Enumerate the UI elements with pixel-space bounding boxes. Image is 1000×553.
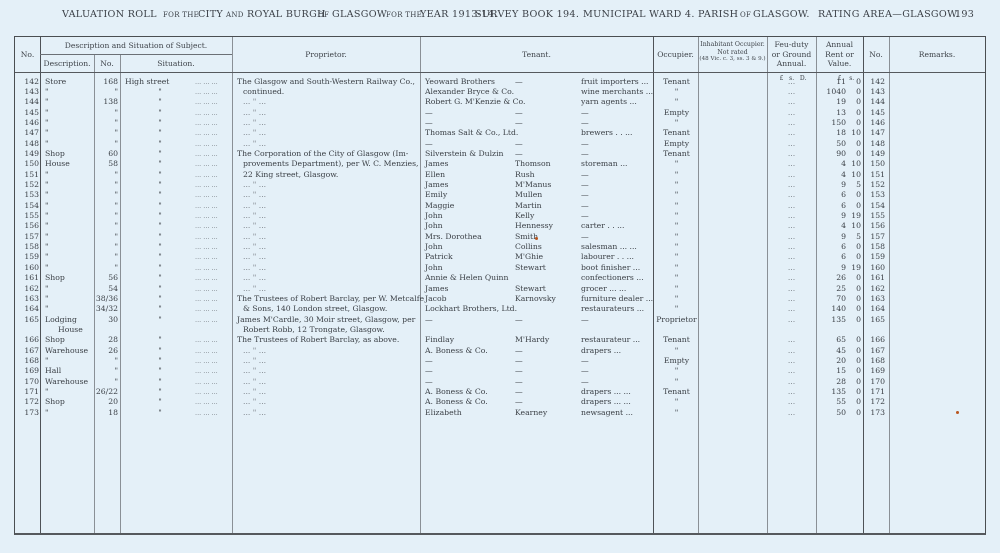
tenant-surname: Hennessy xyxy=(515,221,575,231)
row-number-right: 171 xyxy=(863,387,885,397)
feu-duty: ... xyxy=(767,304,816,314)
row-number: 165 xyxy=(15,315,39,325)
situation: " xyxy=(125,149,195,159)
table-row: 173"18"... " ...ElizabethKearneynewsagen… xyxy=(15,408,987,418)
tenant-surname: Rush xyxy=(515,170,575,180)
subject-number: 30 xyxy=(94,315,118,325)
row-number: 168 xyxy=(15,356,39,366)
occupier: Tenant xyxy=(655,149,698,159)
row-number: 154 xyxy=(15,201,39,211)
situation: " xyxy=(125,294,195,304)
tenant-trade: labourer . . ... xyxy=(581,252,653,262)
row-number: 164 xyxy=(15,304,39,314)
tenant-trade: — xyxy=(581,180,653,190)
title-segment: AND xyxy=(226,11,244,19)
table-row: 144"138"... " ...Robert G. M'Kenzie & Co… xyxy=(15,97,987,107)
table-row: 150House58"provements Department), per W… xyxy=(15,159,987,169)
proprietor: ... " ... xyxy=(243,377,423,387)
row-number: 151 xyxy=(15,170,39,180)
occupier: " xyxy=(655,190,698,200)
title-segment: MUNICIPAL WARD 4. xyxy=(583,9,695,20)
row-number-right: 144 xyxy=(863,97,885,107)
occupier: " xyxy=(655,118,698,128)
subject-number: " xyxy=(94,263,118,273)
tenant-surname: — xyxy=(515,108,575,118)
proprietor: The Trustees of Robert Barclay, per W. M… xyxy=(237,294,417,304)
feu-duty: ... xyxy=(767,97,816,107)
rent-shillings: 0 xyxy=(847,366,861,376)
header-description-group: Description and Situation of Subject. xyxy=(40,41,232,50)
row-number-right: 172 xyxy=(863,397,885,407)
description: " xyxy=(45,232,95,242)
tenant-trade: — xyxy=(581,366,653,376)
occupier: " xyxy=(655,87,698,97)
tenant-trade: — xyxy=(581,377,653,387)
subject-number: 138 xyxy=(94,97,118,107)
header-annual-rent: Annual Rent or Value. xyxy=(816,40,863,69)
feu-duty: ... xyxy=(767,294,816,304)
row-number: 143 xyxy=(15,87,39,97)
title-segment: FOR THE xyxy=(386,11,422,19)
feu-duty: ... xyxy=(767,387,816,397)
tenant-surname: Martin xyxy=(515,201,575,211)
tenant-trade: newsagent ... xyxy=(581,408,653,418)
tenant-trade: furniture dealer ... xyxy=(581,294,653,304)
row-number-right: 155 xyxy=(863,211,885,221)
subject-number: 38/36 xyxy=(94,294,118,304)
situation-leader-dots: ... ... ... xyxy=(195,408,231,418)
situation-leader-dots: ... ... ... xyxy=(195,201,231,211)
rent-shillings: 0 xyxy=(847,397,861,407)
proprietor: ... " ... xyxy=(243,356,423,366)
proprietor: ... " ... xyxy=(243,180,423,190)
situation-leader-dots: ... ... ... xyxy=(195,87,231,97)
situation-leader-dots: ... ... ... xyxy=(195,377,231,387)
rent-shillings: 0 xyxy=(847,346,861,356)
row-number-right: 156 xyxy=(863,221,885,231)
rent-pounds: 28 xyxy=(816,377,846,387)
row-number: 144 xyxy=(15,97,39,107)
occupier: Tenant xyxy=(655,335,698,345)
situation: " xyxy=(125,377,195,387)
proprietor: & Sons, 140 London street, Glasgow. xyxy=(243,304,423,314)
row-number-right: 167 xyxy=(863,346,885,356)
header-rent-line1: Annual xyxy=(816,40,863,50)
situation: " xyxy=(125,387,195,397)
occupier: " xyxy=(655,201,698,211)
proprietor: ... " ... xyxy=(243,232,423,242)
row-number-right: 148 xyxy=(863,139,885,149)
tenant-surname: Mullen xyxy=(515,190,575,200)
occupier: " xyxy=(655,221,698,231)
feu-duty: ... xyxy=(767,315,816,325)
rent-shillings: 0 xyxy=(847,108,861,118)
tenant-trade: storeman ... xyxy=(581,159,653,169)
situation-leader-dots: ... ... ... xyxy=(195,242,231,252)
title-segment: OF xyxy=(318,11,329,19)
tenant-name: Lockhart Brothers, Ltd. xyxy=(425,304,535,314)
situation: " xyxy=(125,180,195,190)
table-row: 167Warehouse26"... " ...A. Boness & Co.—… xyxy=(15,346,987,356)
occupier: " xyxy=(655,159,698,169)
situation-leader-dots: ... ... ... xyxy=(195,232,231,242)
row-number: 153 xyxy=(15,190,39,200)
tenant-trade: — xyxy=(581,139,653,149)
occupier: " xyxy=(655,408,698,418)
row-number: 162 xyxy=(15,284,39,294)
occupier: " xyxy=(655,304,698,314)
tenant-surname: Kearney xyxy=(515,408,575,418)
table-row: 153"""... " ...EmilyMullen—"...60153... … xyxy=(15,190,987,200)
situation-leader-dots: ... ... ... xyxy=(195,304,231,314)
occupier: Tenant xyxy=(655,387,698,397)
situation-leader-dots: ... ... ... xyxy=(195,180,231,190)
row-number: 161 xyxy=(15,273,39,283)
table-row: 147"""... " ...Thomas Salt & Co., Ltd.br… xyxy=(15,128,987,138)
description: " xyxy=(45,211,95,221)
situation-leader-dots: ... ... ... xyxy=(195,252,231,262)
tenant-surname: Stewart xyxy=(515,263,575,273)
table-row: 161Shop56"... " ...Annie & Helen Quinnco… xyxy=(15,273,987,283)
row-number: 147 xyxy=(15,128,39,138)
situation: " xyxy=(125,201,195,211)
tenant-surname: Kelly xyxy=(515,211,575,221)
table-row: 171"26/22"... " ...A. Boness & Co.—drape… xyxy=(15,387,987,397)
description: " xyxy=(45,263,95,273)
situation-leader-dots: ... ... ... xyxy=(195,397,231,407)
tenant-trade: brewers . . ... xyxy=(581,128,653,138)
situation: " xyxy=(125,97,195,107)
tenant-trade: wine merchants ... xyxy=(581,87,653,97)
proprietor: ... " ... xyxy=(243,397,423,407)
feu-duty: ... xyxy=(767,170,816,180)
situation: " xyxy=(125,211,195,221)
situation-leader-dots: ... ... ... xyxy=(195,139,231,149)
feu-duty: ... xyxy=(767,221,816,231)
occupier: " xyxy=(655,284,698,294)
description: " xyxy=(45,242,95,252)
tenant-trade: grocer ... ... xyxy=(581,284,653,294)
proprietor: ... " ... xyxy=(243,128,423,138)
title-segment: OF xyxy=(740,11,751,19)
table-row: 158"""... " ...JohnCollinssalesman ... .… xyxy=(15,242,987,252)
situation: " xyxy=(125,159,195,169)
subject-number: 26/22 xyxy=(94,387,118,397)
tenant-trade: — xyxy=(581,108,653,118)
tenant-trade: — xyxy=(581,170,653,180)
subject-number: 20 xyxy=(94,397,118,407)
rent-pounds: 45 xyxy=(816,346,846,356)
feu-duty: ... xyxy=(767,87,816,97)
header-feu-duty: Feu-duty or Ground Annual. xyxy=(767,40,816,69)
subject-number: 168 xyxy=(94,77,118,87)
rent-pounds: 6 xyxy=(816,201,846,211)
feu-duty: ... xyxy=(767,377,816,387)
rent-pounds: 15 xyxy=(816,366,846,376)
description: Shop xyxy=(45,149,95,159)
subject-number: 26 xyxy=(94,346,118,356)
description: " xyxy=(45,294,95,304)
row-number: 170 xyxy=(15,377,39,387)
proprietor: The Glasgow and South-Western Railway Co… xyxy=(237,77,417,87)
situation-leader-dots: ... ... ... xyxy=(195,170,231,180)
tenant-surname: — xyxy=(515,315,575,325)
row-number-right: 152 xyxy=(863,180,885,190)
proprietor: ... " ... xyxy=(243,190,423,200)
tenant-trade: drapers ... ... xyxy=(581,387,653,397)
rent-shillings: 0 xyxy=(847,387,861,397)
occupier: " xyxy=(655,242,698,252)
rent-pounds: 11 xyxy=(816,77,846,87)
row-number-right: 143 xyxy=(863,87,885,97)
description: " xyxy=(45,190,95,200)
description: " xyxy=(45,139,95,149)
row-number: 149 xyxy=(15,149,39,159)
subject-number: " xyxy=(94,232,118,242)
rent-shillings: 19 xyxy=(847,211,861,221)
situation-leader-dots: ... ... ... xyxy=(195,315,231,325)
rent-pounds: 4 xyxy=(816,159,846,169)
tenant-surname: — xyxy=(515,387,575,397)
occupier: " xyxy=(655,263,698,273)
tenant-name: Robert G. M'Kenzie & Co. xyxy=(425,97,535,107)
tenant-trade: restaurateur ... xyxy=(581,335,653,345)
row-number-right: 154 xyxy=(863,201,885,211)
feu-duty: ... xyxy=(767,139,816,149)
header-occupier: Occupier. xyxy=(653,50,698,59)
subject-number: " xyxy=(94,139,118,149)
header-tenant: Tenant. xyxy=(420,50,653,59)
proprietor: ... " ... xyxy=(243,366,423,376)
table-row: 145"""... " ...———Empty...130145... ... … xyxy=(15,108,987,118)
table-row: 159"""... " ...PatrickM'Ghielabourer . .… xyxy=(15,252,987,262)
rent-pounds: 55 xyxy=(816,397,846,407)
situation: " xyxy=(125,108,195,118)
row-number: 166 xyxy=(15,335,39,345)
situation: " xyxy=(125,284,195,294)
header-inhabitant-occupier: Inhabitant Occupier. Not rated (48 Vic. … xyxy=(698,41,767,64)
row-number: 172 xyxy=(15,397,39,407)
proprietor: provements Department), per W. C. Menzie… xyxy=(243,159,423,169)
description: " xyxy=(45,87,95,97)
situation-leader-dots: ... ... ... xyxy=(195,346,231,356)
subject-number: " xyxy=(94,211,118,221)
description: " xyxy=(45,97,95,107)
table-row: 172Shop20"... " ...A. Boness & Co.—drape… xyxy=(15,397,987,407)
situation: " xyxy=(125,118,195,128)
situation: " xyxy=(125,366,195,376)
description: " xyxy=(45,304,95,314)
proprietor: continued. xyxy=(243,87,423,97)
subject-number: " xyxy=(94,190,118,200)
tenant-trade: — xyxy=(581,118,653,128)
occupier: Empty xyxy=(655,108,698,118)
feu-duty: ... xyxy=(767,242,816,252)
rent-shillings: 0 xyxy=(847,190,861,200)
header-proprietor: Proprietor. xyxy=(232,50,420,59)
description: House xyxy=(45,159,95,169)
table-row: 149Shop60"The Corporation of the City of… xyxy=(15,149,987,159)
situation: " xyxy=(125,87,195,97)
tenant-surname: — xyxy=(515,346,575,356)
row-number-right: 146 xyxy=(863,118,885,128)
description: " xyxy=(45,108,95,118)
situation-leader-dots: ... ... ... xyxy=(195,263,231,273)
row-number: 173 xyxy=(15,408,39,418)
table-row: 148"""... " ...———Empty...500148... ... … xyxy=(15,139,987,149)
table-row: 160"""... " ...JohnStewartboot finisher … xyxy=(15,263,987,273)
row-number-right: 151 xyxy=(863,170,885,180)
subject-number: " xyxy=(94,128,118,138)
tenant-surname: — xyxy=(515,149,575,159)
row-number-right: 158 xyxy=(863,242,885,252)
row-number: 145 xyxy=(15,108,39,118)
rent-pounds: 6 xyxy=(816,190,846,200)
tenant-surname: — xyxy=(515,377,575,387)
rent-shillings: 0 xyxy=(847,335,861,345)
table-row: 165Lodging30"James M'Cardle, 30 Moir str… xyxy=(15,315,987,325)
situation: " xyxy=(125,252,195,262)
situation-leader-dots: ... ... ... xyxy=(195,128,231,138)
situation: " xyxy=(125,315,195,325)
header-remarks: Remarks. xyxy=(889,50,985,59)
rent-pounds: 6 xyxy=(816,242,846,252)
occupier: Tenant xyxy=(655,77,698,87)
subject-number: " xyxy=(94,366,118,376)
occupier: " xyxy=(655,377,698,387)
proprietor: ... " ... xyxy=(243,346,423,356)
title-segment: RATING AREA—GLASGOW. xyxy=(818,9,959,20)
row-number-right: 173 xyxy=(863,408,885,418)
table-row: 154"""... " ...MaggieMartin—"...60154...… xyxy=(15,201,987,211)
header-rent-line3: Value. xyxy=(816,59,863,69)
tenant-trade: — xyxy=(581,211,653,221)
table-row: 166Shop28"The Trustees of Robert Barclay… xyxy=(15,335,987,345)
table-row: 170Warehouse""... " ...———"...280170... … xyxy=(15,377,987,387)
rent-pounds: 65 xyxy=(816,335,846,345)
rent-shillings: 5 xyxy=(847,232,861,242)
row-number: 155 xyxy=(15,211,39,221)
proprietor: ... " ... xyxy=(243,118,423,128)
description: " xyxy=(45,356,95,366)
situation-leader-dots: ... ... ... xyxy=(195,366,231,376)
proprietor: ... " ... xyxy=(243,97,423,107)
rent-pounds: 90 xyxy=(816,149,846,159)
description: Lodging xyxy=(45,315,95,325)
subject-number: 18 xyxy=(94,408,118,418)
tenant-trade: — xyxy=(581,232,653,242)
ink-spot xyxy=(956,411,959,414)
feu-duty: ... xyxy=(767,118,816,128)
description: " xyxy=(45,118,95,128)
row-number: 160 xyxy=(15,263,39,273)
situation-leader-dots: ... ... ... xyxy=(195,108,231,118)
rent-shillings: 0 xyxy=(847,408,861,418)
title-segment: PARISH xyxy=(698,9,738,20)
header-inhabitant-line3: (48 Vic. c. 3, ss. 3 & 9.) xyxy=(698,56,767,64)
occupier: " xyxy=(655,170,698,180)
tenant-surname: Collins xyxy=(515,242,575,252)
occupier: " xyxy=(655,97,698,107)
subject-number: " xyxy=(94,356,118,366)
row-number: 167 xyxy=(15,346,39,356)
row-number-right: 170 xyxy=(863,377,885,387)
description: " xyxy=(45,284,95,294)
rent-pounds: 19 xyxy=(816,97,846,107)
tenant-surname: Smith xyxy=(515,232,575,242)
situation-leader-dots: ... ... ... xyxy=(195,159,231,169)
description: Shop xyxy=(45,335,95,345)
rent-shillings: 10 xyxy=(847,170,861,180)
title-segment: VALUATION ROLL xyxy=(62,9,157,20)
header-feu-line3: Annual. xyxy=(767,59,816,69)
rent-pounds: 4 xyxy=(816,170,846,180)
row-number-right: 150 xyxy=(863,159,885,169)
rent-shillings: 0 xyxy=(847,273,861,283)
occupier: " xyxy=(655,180,698,190)
situation: " xyxy=(125,408,195,418)
rent-shillings: 0 xyxy=(847,87,861,97)
row-number-right: 145 xyxy=(863,108,885,118)
occupier: Empty xyxy=(655,139,698,149)
tenant-trade: drapers ... xyxy=(581,346,653,356)
situation: " xyxy=(125,232,195,242)
tenant-trade: — xyxy=(581,356,653,366)
situation-leader-dots: ... ... ... xyxy=(195,118,231,128)
rent-shillings: 0 xyxy=(847,294,861,304)
proprietor: ... " ... xyxy=(243,139,423,149)
feu-duty: ... xyxy=(767,252,816,262)
rent-shillings: 0 xyxy=(847,149,861,159)
row-number-right: 142 xyxy=(863,77,885,87)
subject-number: " xyxy=(94,221,118,231)
row-number: 146 xyxy=(15,118,39,128)
proprietor: ... " ... xyxy=(243,263,423,273)
row-number: 157 xyxy=(15,232,39,242)
subject-number: " xyxy=(94,118,118,128)
situation: " xyxy=(125,397,195,407)
feu-duty: ... xyxy=(767,408,816,418)
situation: " xyxy=(125,335,195,345)
tenant-surname: Stewart xyxy=(515,284,575,294)
occupier: " xyxy=(655,232,698,242)
subject-number: " xyxy=(94,87,118,97)
description: " xyxy=(45,387,95,397)
occupier: " xyxy=(655,252,698,262)
tenant-surname: M'Manus xyxy=(515,180,575,190)
rent-pounds: 140 xyxy=(816,304,846,314)
description: Shop xyxy=(45,273,95,283)
title-segment: SURVEY BOOK 194. xyxy=(475,9,579,20)
rent-shillings: 10 xyxy=(847,159,861,169)
tenant-trade: — xyxy=(581,201,653,211)
row-number-right: 161 xyxy=(863,273,885,283)
table-row: 162"54"... " ...JamesStewartgrocer ... .… xyxy=(15,284,987,294)
table-row: HouseRobert Robb, 12 Trongate, Glasgow. xyxy=(15,325,987,335)
feu-duty: ... xyxy=(767,397,816,407)
row-number-right: 168 xyxy=(863,356,885,366)
situation-leader-dots: ... ... ... xyxy=(195,211,231,221)
tenant-trade: confectioners ... xyxy=(581,273,653,283)
occupier: " xyxy=(655,397,698,407)
situation-leader-dots: ... ... ... xyxy=(195,356,231,366)
row-number-right: 166 xyxy=(863,335,885,345)
rent-shillings: 19 xyxy=(847,263,861,273)
tenant-surname: Karnovsky xyxy=(515,294,575,304)
subject-number: " xyxy=(94,108,118,118)
subject-number: 60 xyxy=(94,149,118,159)
feu-duty: ... xyxy=(767,232,816,242)
